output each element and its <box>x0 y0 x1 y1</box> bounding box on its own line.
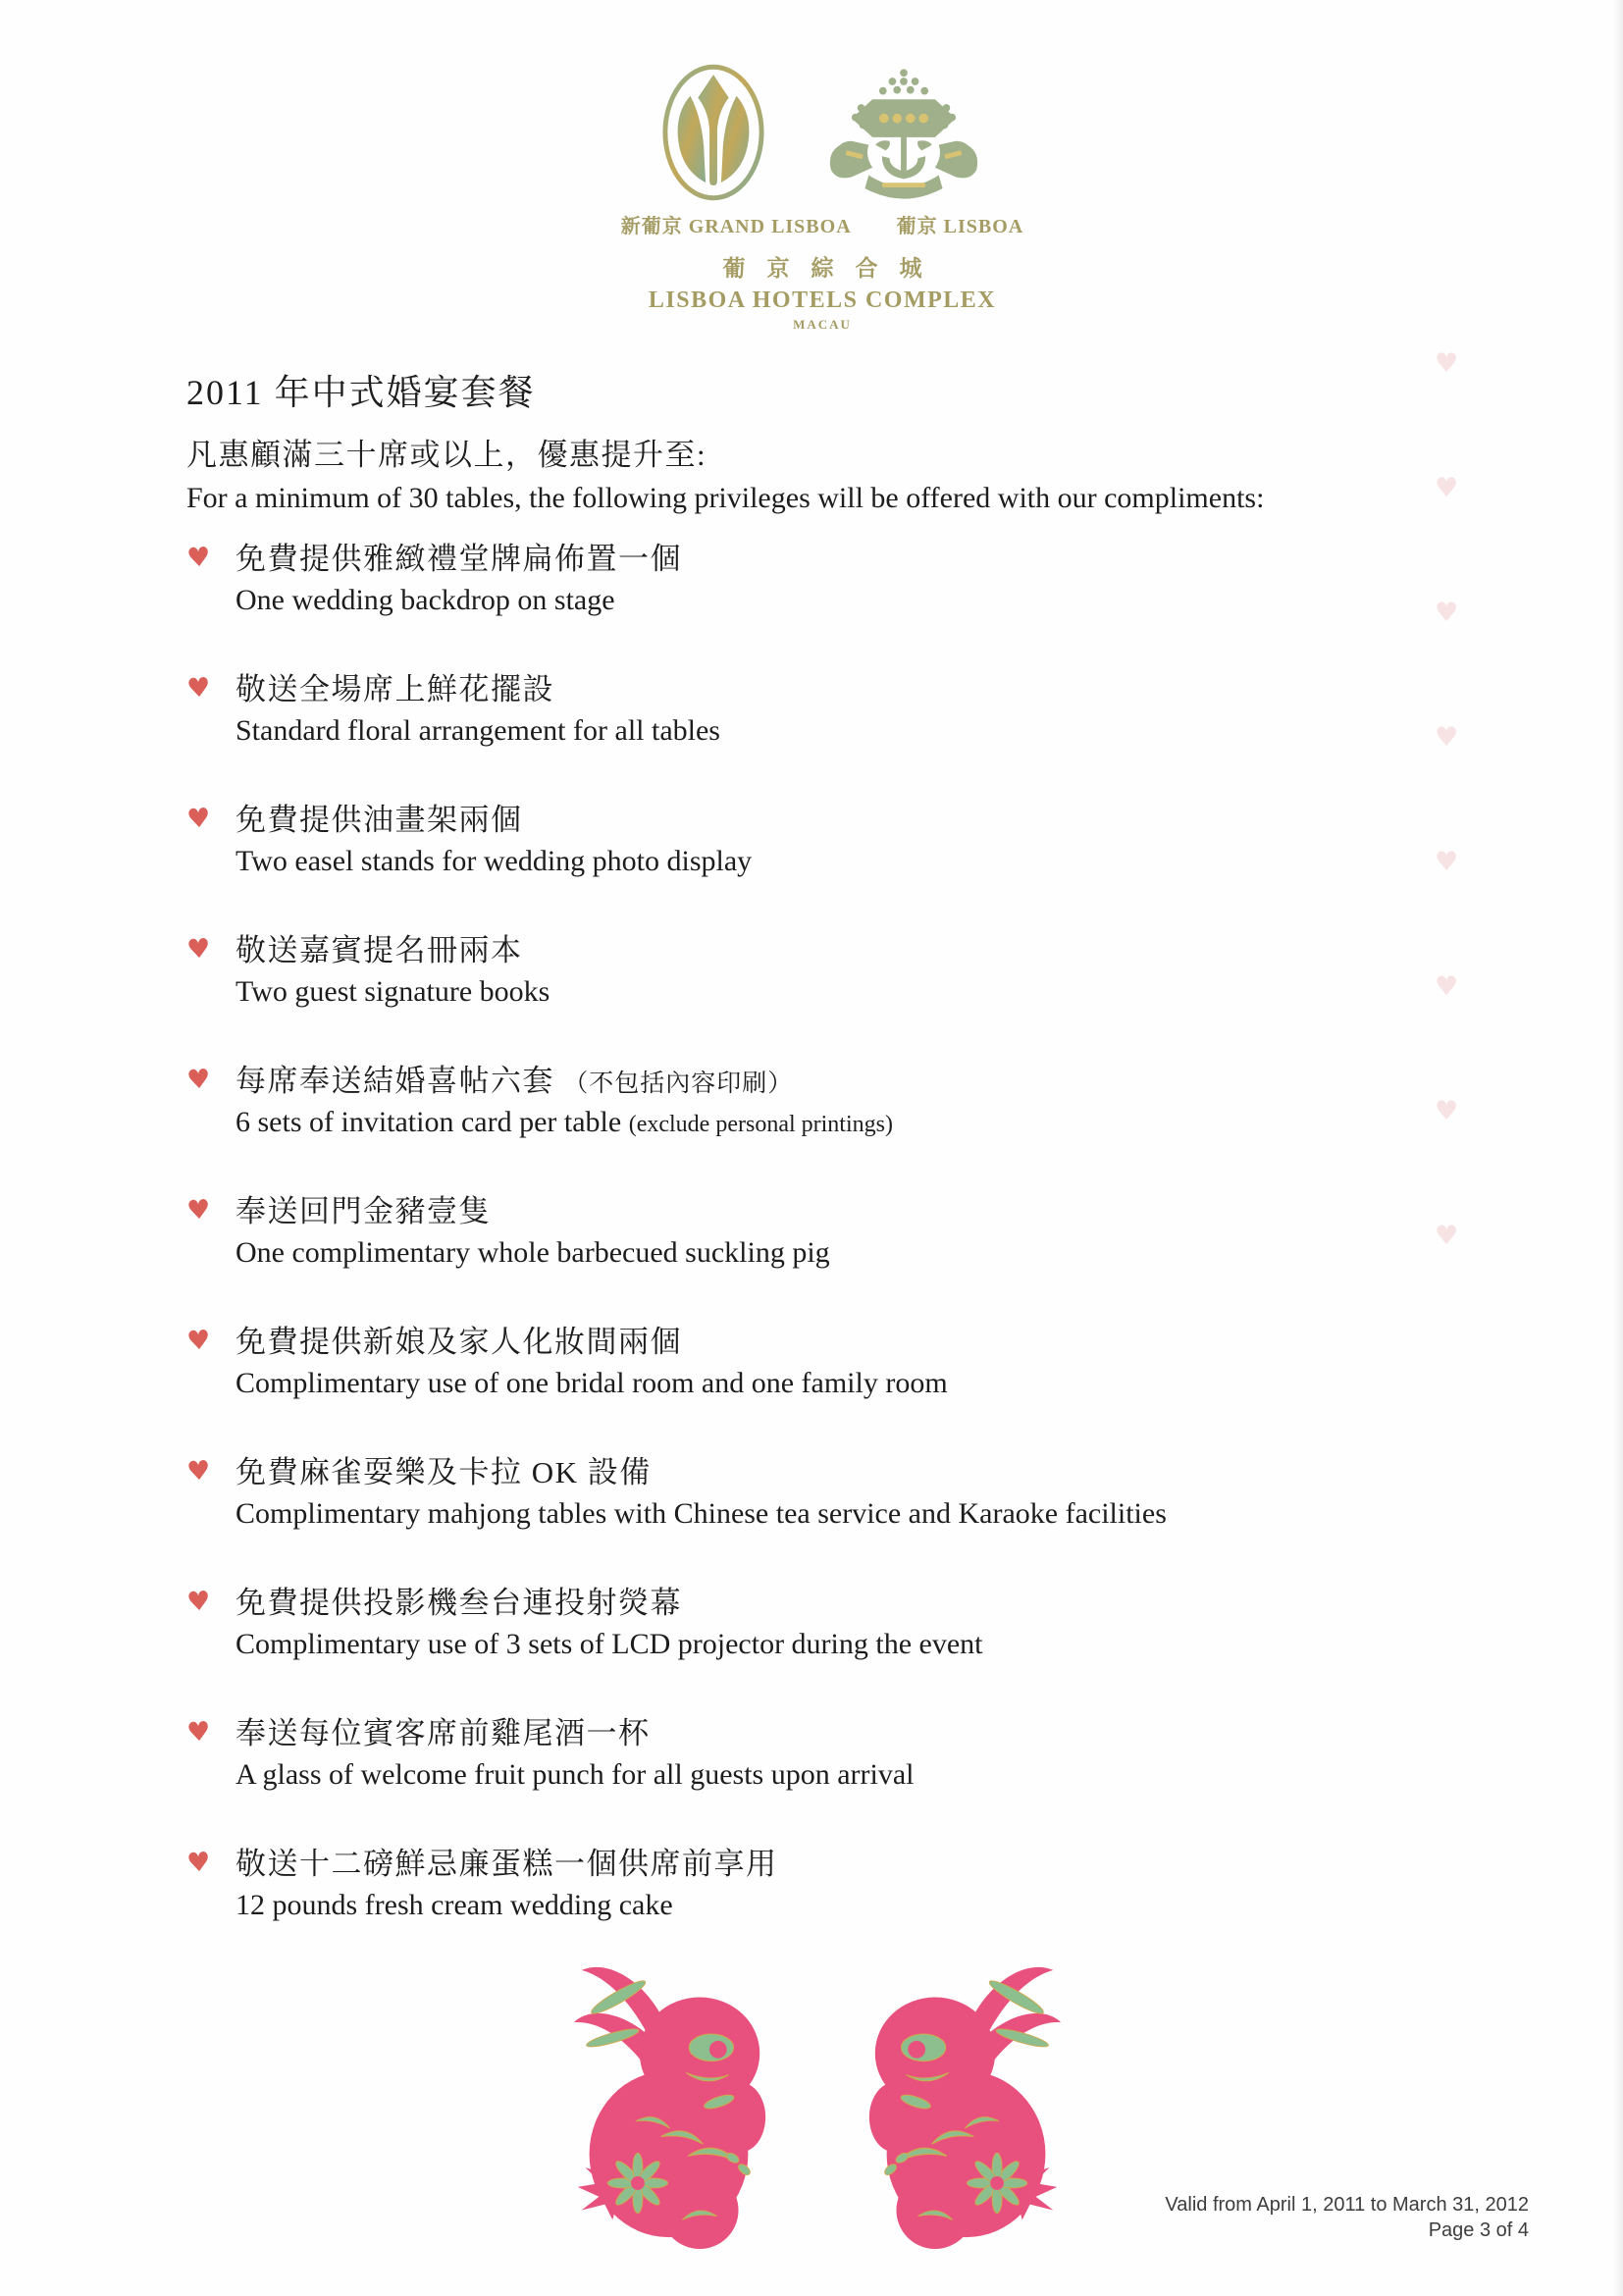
heart-bullet-icon: ♥ <box>183 928 238 1013</box>
package-content: 2011 年中式婚宴套餐 凡惠顧滿三十席或以上，優惠提升至: For a min… <box>186 365 1492 1975</box>
item-english: Complimentary use of 3 sets of LCD proje… <box>236 1626 1492 1665</box>
hotel-lisboa-crest-logo-icon <box>823 65 984 204</box>
letterhead: 新葡京 GRAND LISBOA 葡京 LISBOA 葡京綜合城 LISBOA … <box>11 39 1623 333</box>
heart-bullet-icon: ♥ <box>183 537 238 621</box>
item-english: A glass of welcome fruit punch for all g… <box>236 1756 1492 1796</box>
complex-name-english: LISBOA HOTELS COMPLEX <box>11 287 1623 314</box>
item-chinese: 奉送每位賓客席前雞尾酒一杯 <box>236 1714 1492 1756</box>
list-item: ♥ 免費提供雅緻禮堂牌扁佈置一個 One wedding backdrop on… <box>186 540 1492 621</box>
complex-name-chinese: 葡京綜合城 <box>11 250 1623 283</box>
heart-bullet-icon: ♥ <box>183 1842 238 1926</box>
brand-labels: 新葡京 GRAND LISBOA 葡京 LISBOA <box>11 210 1623 238</box>
item-chinese: 免費提供雅緻禮堂牌扁佈置一個 <box>236 540 1492 582</box>
logo-row <box>11 39 1623 204</box>
item-english: Two guest signature books <box>236 973 1492 1013</box>
rabbit-papercut-pair <box>527 1960 1108 2251</box>
list-item: ♥ 敬送十二磅鮮忌廉蛋糕一個供席前享用 12 pounds fresh crea… <box>186 1845 1492 1926</box>
bleedthrough-heart-icon: ♥ <box>1435 348 1458 379</box>
item-english: Complimentary use of one bridal room and… <box>236 1365 1492 1404</box>
rabbit-papercut-left-icon <box>527 1960 809 2251</box>
privilege-list: ♥ 免費提供雅緻禮堂牌扁佈置一個 One wedding backdrop on… <box>186 540 1492 1926</box>
bleedthrough-heart-icon: ♥ <box>1435 473 1458 503</box>
list-item: ♥ 每席奉送結婚喜帖六套 （不包括內容印刷） 6 sets of invitat… <box>186 1062 1492 1143</box>
grand-lisboa-label: 新葡京 GRAND LISBOA <box>621 210 852 238</box>
item-chinese: 免費提供油畫架兩個 <box>236 801 1492 843</box>
heart-bullet-icon: ♥ <box>183 1059 238 1143</box>
heart-bullet-icon: ♥ <box>183 1581 238 1665</box>
list-item: ♥ 敬送全場席上鮮花擺設 Standard floral arrangement… <box>186 670 1492 752</box>
heart-bullet-icon: ♥ <box>183 1711 238 1796</box>
subtitle-chinese: 凡惠顧滿三十席或以上，優惠提升至: <box>186 430 1492 474</box>
item-chinese: 免費提供投影機叁台連投射熒幕 <box>236 1584 1492 1626</box>
list-item: ♥ 免費提供投影機叁台連投射熒幕 Complimentary use of 3 … <box>186 1584 1492 1665</box>
item-chinese: 免費提供新娘及家人化妝間兩個 <box>236 1323 1492 1365</box>
item-english: One complimentary whole barbecued suckli… <box>236 1234 1492 1274</box>
heart-bullet-icon: ♥ <box>183 798 238 882</box>
heart-bullet-icon: ♥ <box>183 1189 238 1274</box>
list-item: ♥ 免費麻雀耍樂及卡拉 OK 設備 Complimentary mahjong … <box>186 1453 1492 1535</box>
item-english: Complimentary mahjong tables with Chines… <box>236 1495 1492 1535</box>
item-english: Standard floral arrangement for all tabl… <box>236 712 1492 752</box>
bleedthrough-heart-icon: ♥ <box>1435 722 1458 753</box>
list-item: ♥ 奉送回門金豬壹隻 One complimentary whole barbe… <box>186 1192 1492 1274</box>
bleedthrough-heart-icon: ♥ <box>1435 1096 1458 1126</box>
heart-bullet-icon: ♥ <box>183 667 238 752</box>
heart-bullet-icon: ♥ <box>183 1450 238 1535</box>
page-title: 2011 年中式婚宴套餐 <box>186 365 1492 415</box>
item-chinese: 敬送全場席上鮮花擺設 <box>236 670 1492 712</box>
list-item: ♥ 免費提供油畫架兩個 Two easel stands for wedding… <box>186 801 1492 882</box>
rabbit-papercut-right-icon <box>826 1960 1108 2251</box>
item-chinese: 奉送回門金豬壹隻 <box>236 1192 1492 1234</box>
item-english: Two easel stands for wedding photo displ… <box>236 843 1492 882</box>
item-english: One wedding backdrop on stage <box>236 582 1492 621</box>
item-chinese: 每席奉送結婚喜帖六套 （不包括內容印刷） <box>236 1062 1492 1104</box>
validity-text: Valid from April 1, 2011 to March 31, 20… <box>1165 2192 1529 2218</box>
item-chinese: 免費麻雀耍樂及卡拉 OK 設備 <box>236 1453 1492 1495</box>
bleedthrough-heart-icon: ♥ <box>1435 847 1458 877</box>
list-item: ♥ 敬送嘉賓提名冊兩本 Two guest signature books <box>186 931 1492 1013</box>
item-chinese: 敬送嘉賓提名冊兩本 <box>236 931 1492 973</box>
item-english: 6 sets of invitation card per table (exc… <box>236 1104 1492 1143</box>
heart-bullet-icon: ♥ <box>183 1320 238 1404</box>
item-english: 12 pounds fresh cream wedding cake <box>236 1887 1492 1926</box>
scan-edge-shadow <box>1613 0 1623 2296</box>
item-chinese: 敬送十二磅鮮忌廉蛋糕一個供席前享用 <box>236 1845 1492 1887</box>
complex-city: MACAU <box>11 317 1623 333</box>
grand-lisboa-lotus-logo-icon <box>660 61 766 204</box>
page-number: Page 3 of 4 <box>1165 2218 1529 2243</box>
list-item: ♥ 免費提供新娘及家人化妝間兩個 Complimentary use of on… <box>186 1323 1492 1404</box>
list-item: ♥ 奉送每位賓客席前雞尾酒一杯 A glass of welcome fruit… <box>186 1714 1492 1796</box>
bleedthrough-heart-icon: ♥ <box>1435 971 1458 1002</box>
subtitle-english: For a minimum of 30 tables, the followin… <box>186 482 1492 515</box>
page-footer: Valid from April 1, 2011 to March 31, 20… <box>1165 2192 1529 2243</box>
bleedthrough-heart-icon: ♥ <box>1435 598 1458 628</box>
lisboa-label: 葡京 LISBOA <box>897 210 1024 238</box>
bleedthrough-heart-icon: ♥ <box>1435 1221 1458 1251</box>
